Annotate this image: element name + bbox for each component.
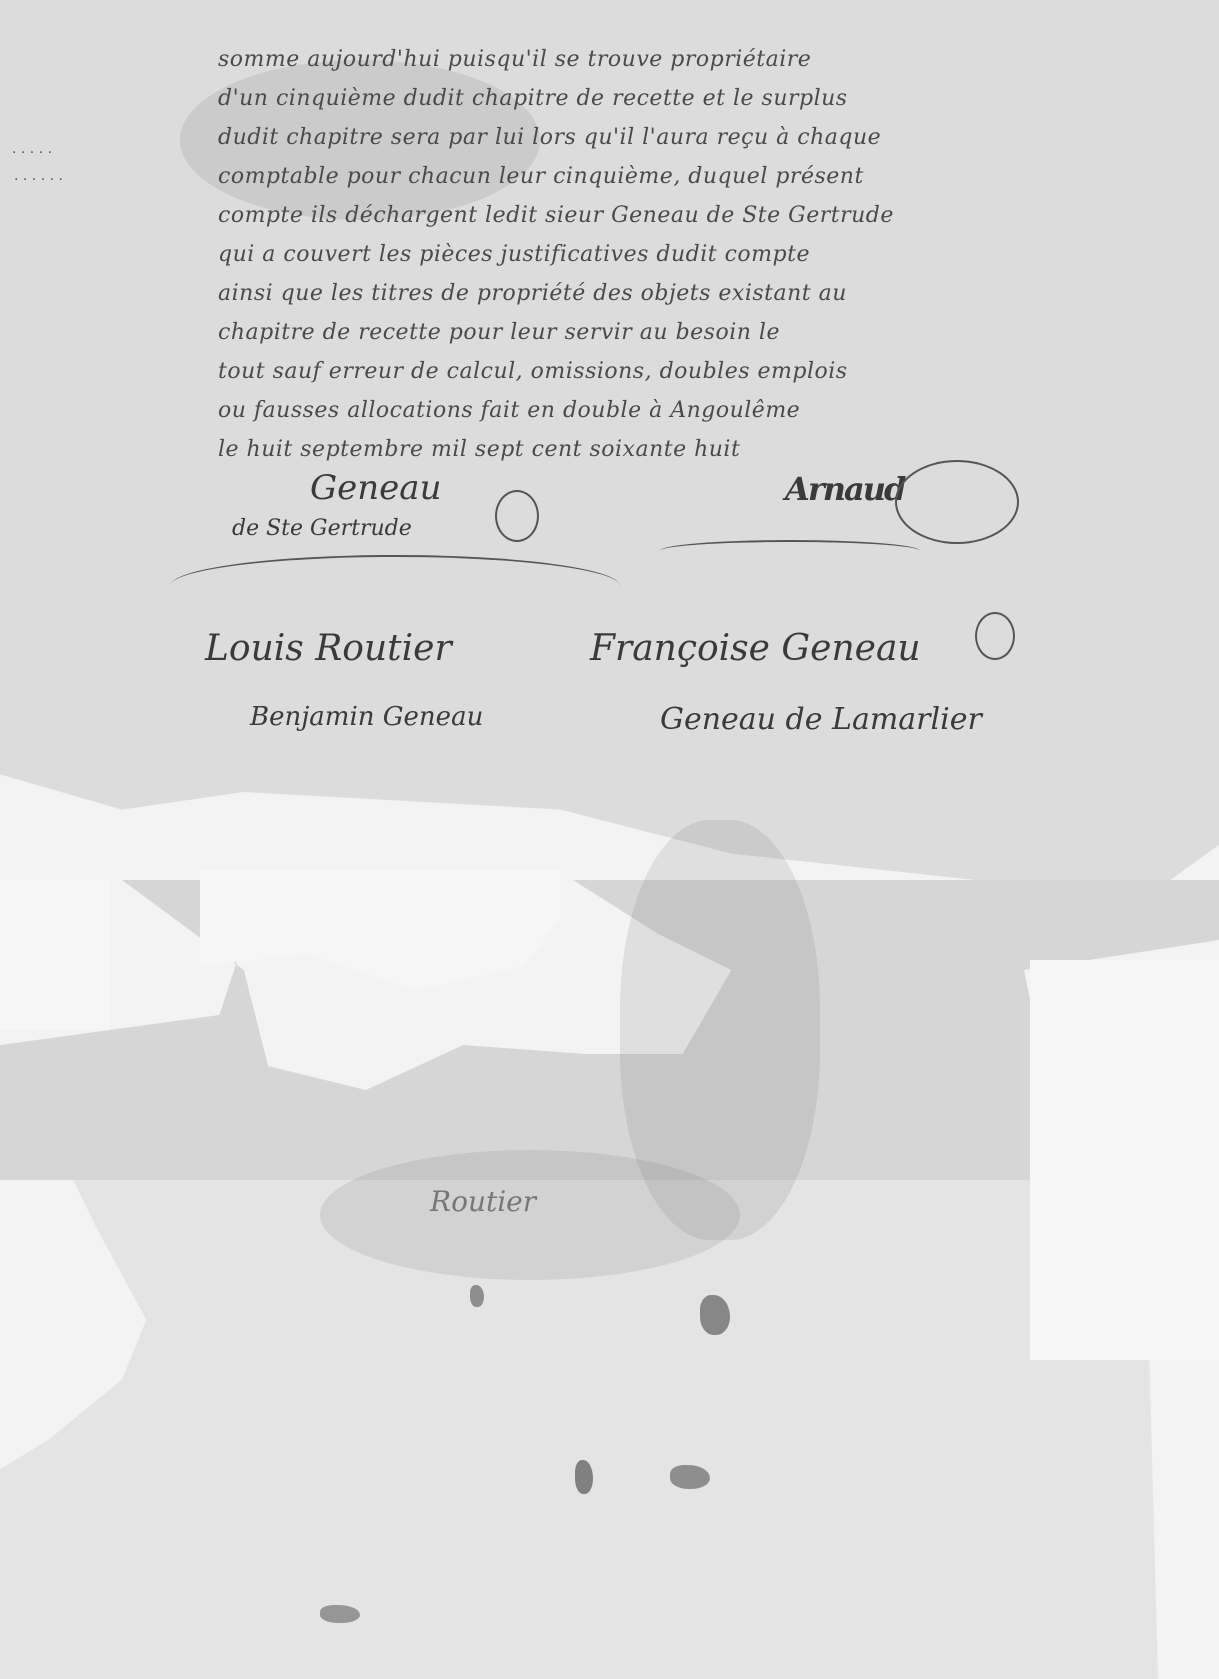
manuscript-page: · · · · · · · · · · · somme aujourd'hui … <box>0 0 1219 1679</box>
body-line: le huit septembre mil sept cent soixante… <box>218 430 1208 469</box>
signature-louis-routier: Louis Routier <box>205 628 452 669</box>
body-line: compte ils déchargent ledit sieur Geneau… <box>218 196 1208 235</box>
body-line: ou fausses allocations fait en double à … <box>218 391 1208 430</box>
paper-hole <box>0 880 110 1030</box>
ink-blot <box>320 1605 360 1623</box>
body-line: chapitre de recette pour leur servir au … <box>218 313 1208 352</box>
body-line: d'un cinquième dudit chapitre de recette… <box>218 79 1208 118</box>
body-line: tout sauf erreur de calcul, omissions, d… <box>218 352 1208 391</box>
signature-benjamin-geneau: Benjamin Geneau <box>250 702 483 732</box>
signature-geneau: Geneau <box>310 468 441 508</box>
margin-dots: · · · · · · <box>14 172 63 188</box>
body-line: dudit chapitre sera par lui lors qu'il l… <box>218 118 1208 157</box>
margin-dots: · · · · · <box>12 145 52 161</box>
ink-blot <box>670 1465 710 1489</box>
body-line: somme aujourd'hui puisqu'il se trouve pr… <box>218 40 1208 79</box>
body-line: qui a couvert les pièces justificatives … <box>218 235 1208 274</box>
body-line: ainsi que les titres de propriété des ob… <box>218 274 1208 313</box>
manuscript-body: somme aujourd'hui puisqu'il se trouve pr… <box>218 40 1208 469</box>
ink-blot <box>575 1460 593 1494</box>
paper-hole <box>1030 960 1219 1360</box>
signature-flourish <box>170 555 620 617</box>
signature-paraph <box>895 460 1019 544</box>
ink-blot <box>470 1285 484 1307</box>
ink-blot <box>700 1295 730 1335</box>
faint-note-routier: Routier <box>430 1185 536 1218</box>
signature-paraph <box>975 612 1015 660</box>
signature-arnaud: Arnaud <box>785 470 904 508</box>
signature-flourish <box>660 540 920 562</box>
signature-geneau-subtitle: de Ste Gertrude <box>232 516 412 541</box>
paper-hole <box>200 870 560 990</box>
signature-geneau-de-lamarlier: Geneau de Lamarlier <box>660 702 982 737</box>
signature-francoise-geneau: Françoise Geneau <box>590 628 921 669</box>
signature-paraph <box>495 490 539 542</box>
body-line: comptable pour chacun leur cinquième, du… <box>218 157 1208 196</box>
